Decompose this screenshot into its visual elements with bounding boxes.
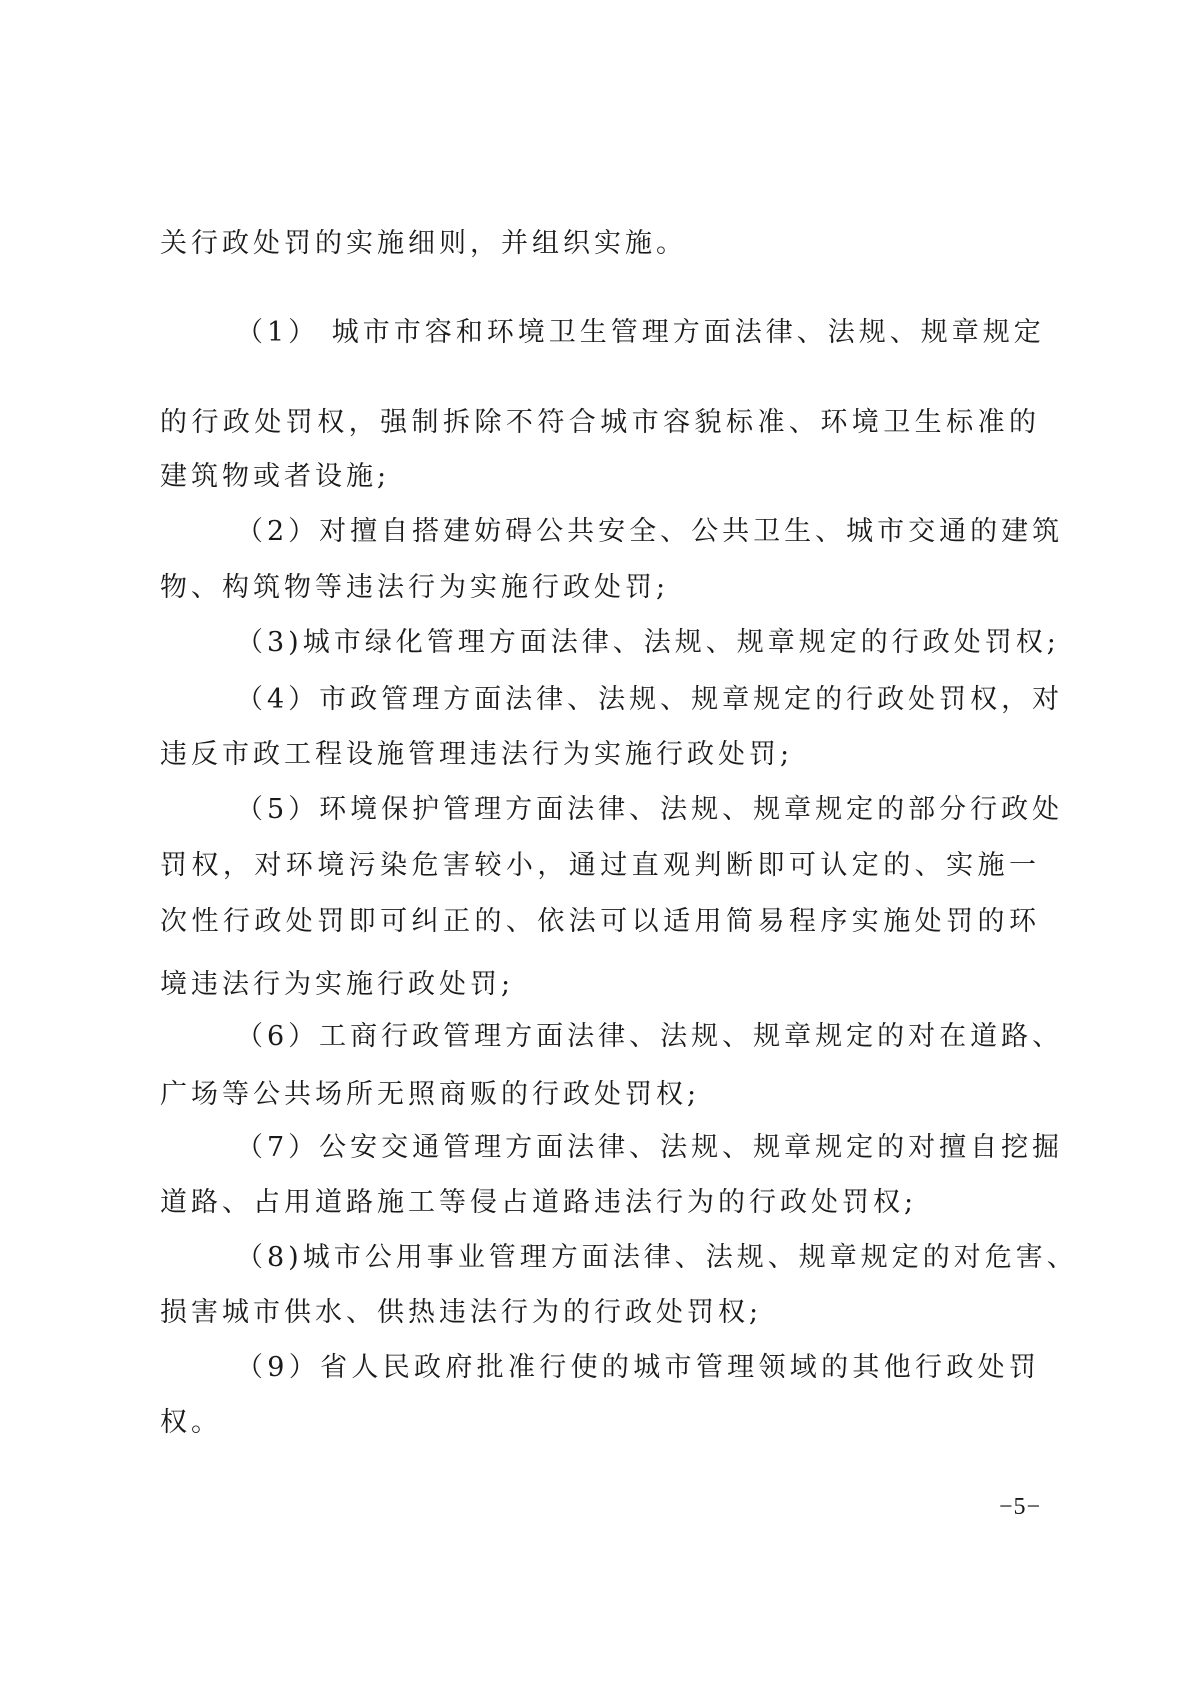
list-item-2-line-2: 物、构筑物等违法行为实施行政处罚;: [160, 568, 1040, 608]
list-item-5-line-1: （5）环境保护管理方面法律、法规、规章规定的部分行政处: [236, 790, 1040, 830]
page-number: −5−: [990, 1490, 1050, 1524]
list-item-2-line-1: （2）对擅自搭建妨碍公共安全、公共卫生、城市交通的建筑: [236, 512, 1040, 552]
list-item-5-line-4: 境违法行为实施行政处罚;: [160, 965, 1040, 1005]
list-item-4-line-2: 违反市政工程设施管理违法行为实施行政处罚;: [160, 735, 1040, 775]
document-page: 关行政处罚的实施细则，并组织实施。 （1） 城市市容和环境卫生管理方面法律、法规…: [0, 0, 1190, 1683]
list-item-6-line-2: 广场等公共场所无照商贩的行政处罚权;: [160, 1075, 1040, 1115]
list-item-9-line-1: （9）省人民政府批准行使的城市管理领域的其他行政处罚: [236, 1348, 1040, 1388]
list-item-7-line-1: （7）公安交通管理方面法律、法规、规章规定的对擅自挖掘: [236, 1128, 1040, 1168]
list-item-5-line-2: 罚权，对环境污染危害较小，通过直观判断即可认定的、实施一: [160, 846, 1040, 886]
list-item-5-line-3: 次性行政处罚即可纠正的、依法可以适用简易程序实施处罚的环: [160, 902, 1040, 942]
list-item-8-line-2: 损害城市供水、供热违法行为的行政处罚权;: [160, 1293, 1040, 1333]
list-item-4-line-1: （4）市政管理方面法律、法规、规章规定的行政处罚权，对: [236, 680, 1040, 720]
list-item-6-line-1: （6）工商行政管理方面法律、法规、规章规定的对在道路、: [236, 1017, 1040, 1057]
list-item-7-line-2: 道路、占用道路施工等侵占道路违法行为的行政处罚权;: [160, 1183, 1040, 1223]
list-item-3-line-1: （3)城市绿化管理方面法律、法规、规章规定的行政处罚权;: [236, 623, 1040, 663]
list-item-1-line-1: （1） 城市市容和环境卫生管理方面法律、法规、规章规定: [236, 313, 1040, 353]
list-item-1-line-2: 的行政处罚权，强制拆除不符合城市容貌标准、环境卫生标准的: [160, 403, 1040, 443]
list-item-1-line-3: 建筑物或者设施;: [160, 457, 1040, 497]
text-line: 关行政处罚的实施细则，并组织实施。: [160, 224, 1040, 264]
list-item-9-line-2: 权。: [160, 1403, 1040, 1443]
list-item-8-line-1: （8)城市公用事业管理方面法律、法规、规章规定的对危害、: [236, 1238, 1040, 1278]
